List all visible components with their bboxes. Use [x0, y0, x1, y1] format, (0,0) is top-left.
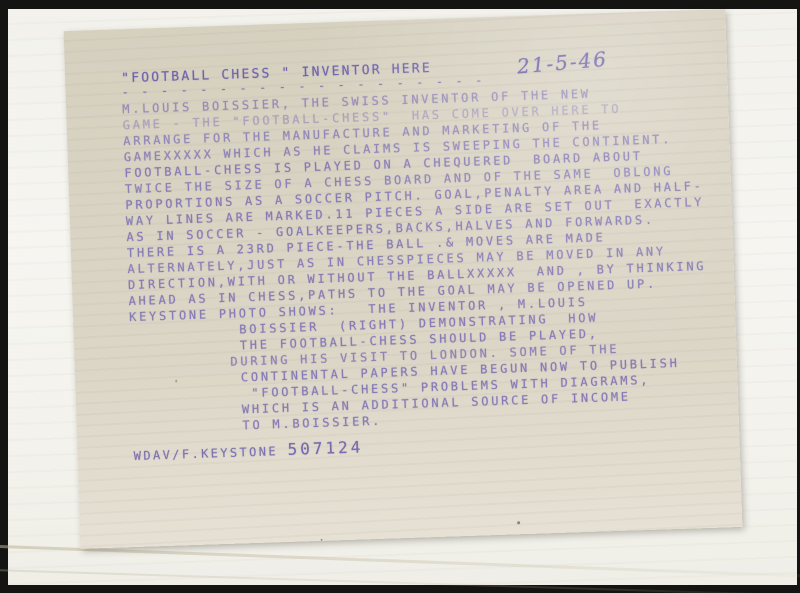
- paper-speck: [517, 521, 520, 524]
- paper-speck: [321, 539, 323, 541]
- caption-content: "FOOTBALL CHESS " INVENTOR HERE - - - - …: [64, 9, 743, 549]
- caption-body: M.LOUIS BOISSIER, THE SWISS INVENTOR OF …: [122, 81, 739, 437]
- credit-reference: WDAV/F.KEYSTONE: [133, 444, 287, 463]
- caption-sheet: "FOOTBALL CHESS " INVENTOR HERE - - - - …: [64, 9, 743, 549]
- paper-speck: [175, 380, 177, 383]
- credit-number: 507124: [287, 437, 363, 459]
- mount-crease-line: [0, 545, 800, 581]
- photo-scan: "FOOTBALL CHESS " INVENTOR HERE - - - - …: [0, 0, 800, 593]
- mount-crease-line: [0, 569, 800, 593]
